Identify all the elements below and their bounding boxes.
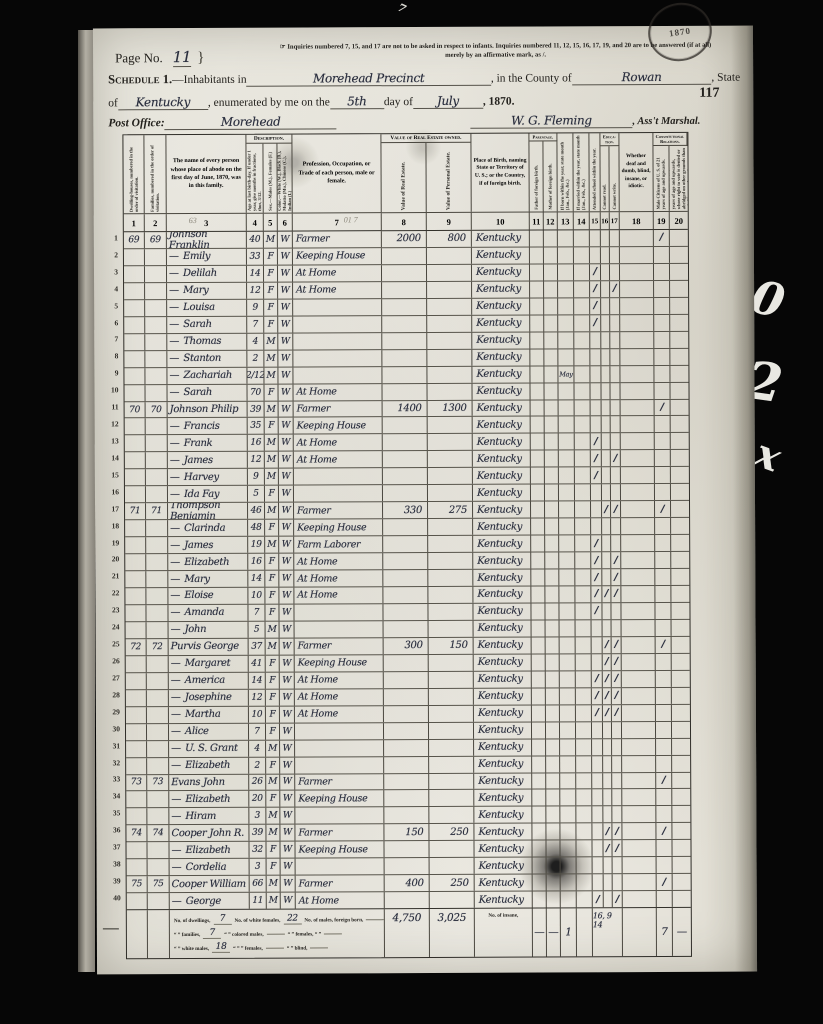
cell-mother-foreign xyxy=(544,383,558,399)
cell-personal-estate xyxy=(428,519,473,535)
cell-occupation: At Home xyxy=(294,435,383,451)
cell-sex: F xyxy=(266,842,280,858)
col-num: 7 xyxy=(293,213,382,230)
cell-family-number: 69 xyxy=(145,232,167,248)
totals-father-foreign: — xyxy=(533,908,547,956)
cell-male-citizen xyxy=(655,603,671,619)
row-number: 18 xyxy=(101,517,121,534)
ditto-dash: — xyxy=(171,675,185,686)
cell-personal-estate xyxy=(427,316,472,332)
cell-mother-foreign xyxy=(546,824,560,840)
cell-sex: F xyxy=(265,571,279,587)
cell-dwelling-number xyxy=(127,893,148,909)
marshal-signature: W. G. Fleming xyxy=(470,113,632,129)
cell-cannot-read xyxy=(603,739,612,755)
cell-attended-school: / xyxy=(591,603,602,619)
cell-mother-foreign xyxy=(544,315,558,331)
cell-born-month xyxy=(558,383,574,399)
cell-deaf-dumb xyxy=(621,552,655,568)
cell-sex: M xyxy=(266,622,280,638)
cell-personal-estate xyxy=(429,807,474,823)
cell-cannot-read xyxy=(603,756,612,772)
cell-attended-school: / xyxy=(592,688,603,704)
col19-header: Male Citizens of U. S. of 21 years of ag… xyxy=(656,146,667,210)
cell-born-month xyxy=(559,451,575,467)
cell-occupation xyxy=(295,723,384,739)
cell-real-estate xyxy=(382,316,427,332)
cell-married-month xyxy=(576,841,592,857)
cell-cannot-write xyxy=(611,467,621,483)
cell-occupation: At Home xyxy=(295,706,384,722)
cell-married-month xyxy=(576,654,592,670)
ditto-dash: — xyxy=(171,624,185,635)
row-number: 12 xyxy=(101,415,121,432)
cell-cannot-write xyxy=(612,722,622,738)
cell-age: 14 xyxy=(249,672,266,688)
cell-color: W xyxy=(278,350,293,366)
cell-cannot-write: / xyxy=(612,688,622,704)
row-number: 15 xyxy=(101,466,121,483)
ditto-dash: — xyxy=(170,540,184,551)
cell-attended-school xyxy=(593,874,604,890)
cell-dwelling-number xyxy=(124,334,145,350)
cell-attended-school xyxy=(590,247,601,263)
cell-male-citizen xyxy=(656,722,672,738)
cell-born-month xyxy=(559,536,575,552)
cell-vote-denied xyxy=(672,705,690,721)
cell-age: 12 xyxy=(247,283,264,299)
cell-name: Cooper William xyxy=(170,876,250,892)
post-office-label: Post Office: xyxy=(108,117,164,129)
col11-header: Father of foreign birth. xyxy=(533,142,538,211)
cell-married-month xyxy=(574,349,590,365)
cell-vote-denied xyxy=(671,518,689,534)
cell-attended-school xyxy=(591,518,602,534)
cell-father-foreign xyxy=(532,654,546,670)
row-number: 32 xyxy=(102,754,122,771)
cell-occupation: At Home xyxy=(296,892,385,908)
cell-family-number xyxy=(147,656,169,672)
cell-father-foreign xyxy=(530,264,544,280)
cell-sex: F xyxy=(266,672,280,688)
totals-males-foreign-value xyxy=(366,919,384,920)
cell-male-citizen: / xyxy=(654,230,670,246)
totals-citizens-denied: — xyxy=(673,908,691,956)
row-number: 3 xyxy=(100,263,120,280)
cell-male-citizen xyxy=(654,332,670,348)
cell-name: —Ida Fay xyxy=(168,486,248,502)
totals-row: No. of dwellings, 7 No. of white females… xyxy=(127,907,691,958)
cell-birthplace: Kentucky xyxy=(473,536,531,552)
constitutional-group-label: Constitutional Relations. xyxy=(653,133,687,146)
cell-personal-estate xyxy=(429,790,474,806)
description-group: Description. Age at last birth-day. If u… xyxy=(246,135,292,213)
cell-mother-foreign xyxy=(545,586,559,602)
cell-attended-school xyxy=(592,807,603,823)
cell-occupation: At Home xyxy=(294,452,383,468)
county-label: , in the County of xyxy=(491,72,572,84)
cell-married-month xyxy=(576,739,592,755)
col-num: 16 xyxy=(601,212,610,229)
cell-age: 16 xyxy=(248,435,265,451)
cell-born-month xyxy=(560,705,576,721)
cell-father-foreign xyxy=(531,485,545,501)
totals-families-value: 7 xyxy=(203,927,221,938)
cell-occupation: At Home xyxy=(294,553,383,569)
cell-born-month xyxy=(560,654,576,670)
cell-personal-estate xyxy=(429,773,474,789)
cell-vote-denied xyxy=(671,399,689,415)
cell-real-estate xyxy=(383,485,428,501)
row-number: 19 xyxy=(101,534,121,551)
cell-color: W xyxy=(280,689,295,705)
cell-color: W xyxy=(279,469,294,485)
row-number: 26 xyxy=(102,652,122,669)
cell-vote-denied xyxy=(670,332,688,348)
cell-birthplace: Kentucky xyxy=(472,281,530,297)
cell-father-foreign xyxy=(532,637,546,653)
schedule-label: Schedule 1. xyxy=(108,72,172,87)
cell-married-month xyxy=(577,874,593,890)
cell-cannot-write: / xyxy=(613,891,623,907)
cell-real-estate xyxy=(382,367,427,383)
cell-attended-school xyxy=(590,230,601,246)
cell-name: —Frank xyxy=(168,435,248,451)
col17-header: Cannot write. xyxy=(611,146,616,210)
ditto-dash: — xyxy=(171,709,185,720)
cell-dwelling-number xyxy=(126,741,147,757)
cell-age: 48 xyxy=(248,520,265,536)
cell-vote-denied xyxy=(672,637,690,653)
cell-cannot-read xyxy=(601,366,610,382)
cell-born-month xyxy=(558,315,574,331)
ditto-dash: — xyxy=(171,658,185,669)
cell-family-number xyxy=(147,758,169,774)
cell-born-month xyxy=(559,468,575,484)
cell-color: W xyxy=(280,706,295,722)
cell-birthplace: Kentucky xyxy=(473,604,531,620)
cell-father-foreign xyxy=(530,366,544,382)
cell-real-estate xyxy=(384,790,429,806)
cell-real-estate xyxy=(384,621,429,637)
cell-attended-school xyxy=(590,366,601,382)
cell-married-month xyxy=(575,603,591,619)
cell-birthplace: Kentucky xyxy=(472,349,530,365)
cell-real-estate xyxy=(384,757,429,773)
cell-attended-school: / xyxy=(591,569,602,585)
cell-mother-foreign xyxy=(546,807,560,823)
cell-cannot-read xyxy=(602,603,611,619)
totals-females-foreign-label: “ ” females, “ ” xyxy=(288,931,322,937)
cell-married-month xyxy=(574,366,590,382)
cell-family-number xyxy=(145,283,167,299)
cell-age: 14 xyxy=(247,266,264,282)
cell-family-number xyxy=(147,792,169,808)
cell-dwelling-number xyxy=(126,724,147,740)
ditto-dash: — xyxy=(171,692,185,703)
cell-color: W xyxy=(279,520,294,536)
cell-occupation xyxy=(293,316,382,332)
cell-deaf-dumb xyxy=(621,535,655,551)
cell-cannot-read xyxy=(602,400,611,416)
cell-vote-denied xyxy=(671,450,689,466)
table-header: Dwelling-houses, numbered in the order o… xyxy=(123,133,687,214)
cell-mother-foreign xyxy=(545,451,559,467)
col-num: 5 xyxy=(264,214,278,231)
totals-insane-label: No. of insane, xyxy=(475,909,533,957)
row-number: 20 xyxy=(101,551,121,568)
cell-father-foreign xyxy=(531,570,545,586)
cell-cannot-read: / xyxy=(603,654,612,670)
cell-occupation xyxy=(294,485,383,501)
col13-header: If born within the year, state month (Ja… xyxy=(560,134,571,211)
cell-family-number xyxy=(147,842,169,858)
cell-color: W xyxy=(278,265,293,281)
cell-birthplace: Kentucky xyxy=(473,519,531,535)
col-num: 2 xyxy=(145,214,167,231)
col20-header: Male Citizens of U. S. of 21 years of ag… xyxy=(669,146,687,211)
cell-age: 7 xyxy=(249,723,266,739)
cell-married-month xyxy=(574,332,590,348)
cell-family-number xyxy=(146,486,168,502)
cell-personal-estate xyxy=(428,485,473,501)
cell-age: 32 xyxy=(249,842,266,858)
cell-birthplace: Kentucky xyxy=(474,773,532,789)
cell-cannot-read xyxy=(601,298,610,314)
cell-male-citizen: / xyxy=(655,399,671,415)
ditto-dash: — xyxy=(170,472,184,483)
cell-born-month xyxy=(560,637,576,653)
cell-male-citizen xyxy=(656,654,672,670)
cell-personal-estate xyxy=(429,621,474,637)
cell-age: 10 xyxy=(249,706,266,722)
cell-vote-denied xyxy=(672,823,690,839)
totals-white-females-value: 22 xyxy=(283,913,301,924)
cell-dwelling-number: 74 xyxy=(126,826,147,842)
cell-family-number xyxy=(146,605,168,621)
cell-real-estate xyxy=(383,587,428,603)
cell-mother-foreign xyxy=(546,841,560,857)
cell-vote-denied xyxy=(673,891,691,907)
cell-married-month xyxy=(575,535,591,551)
cell-male-citizen xyxy=(654,349,670,365)
cell-family-number xyxy=(147,809,169,825)
cell-cannot-write: / xyxy=(612,840,622,856)
cell-cannot-write xyxy=(611,434,621,450)
cell-cannot-read xyxy=(602,417,611,433)
cell-cannot-write xyxy=(611,535,621,551)
cell-cannot-read: / xyxy=(603,637,612,653)
col2-header: Families, numbered in the order of visit… xyxy=(150,136,161,213)
cell-birthplace: Kentucky xyxy=(472,315,530,331)
description-group-label: Description. xyxy=(246,135,292,144)
cell-real-estate xyxy=(384,773,429,789)
cell-vote-denied xyxy=(670,315,688,331)
cell-dwelling-number xyxy=(126,792,147,808)
cell-real-estate: 400 xyxy=(385,875,430,891)
parentage-group: Parentage. Father of foreign birth. Moth… xyxy=(529,133,557,211)
cell-age: 33 xyxy=(247,249,264,265)
cell-vote-denied xyxy=(670,230,688,246)
cell-dwelling-number xyxy=(124,368,145,384)
cell-sex: F xyxy=(265,605,279,621)
cell-family-number xyxy=(146,520,168,536)
row-number: 36 xyxy=(102,822,122,839)
cell-dwelling-number xyxy=(126,673,147,689)
cell-age: 3 xyxy=(249,808,266,824)
cell-cannot-read xyxy=(601,332,610,348)
cell-occupation: Farmer xyxy=(294,502,383,518)
cell-birthplace: Kentucky xyxy=(472,366,530,382)
cell-color: W xyxy=(280,621,295,637)
cell-mother-foreign xyxy=(546,620,560,636)
post-office-value: Morehead xyxy=(165,114,337,130)
col-num: 1 xyxy=(124,214,145,231)
cell-deaf-dumb xyxy=(622,772,656,788)
cell-father-foreign xyxy=(530,349,544,365)
cell-dwelling-number xyxy=(126,758,147,774)
totals-colored-males-label: “ ” colored males, xyxy=(224,931,263,937)
cell-deaf-dumb xyxy=(620,315,654,331)
cell-personal-estate xyxy=(429,655,474,671)
cell-father-foreign xyxy=(531,536,545,552)
cell-age: 35 xyxy=(248,418,265,434)
cell-color: W xyxy=(280,638,295,654)
cell-deaf-dumb xyxy=(620,298,654,314)
cell-married-month xyxy=(575,502,591,518)
cell-name: —Mary xyxy=(168,571,248,587)
cell-sex: M xyxy=(266,774,280,790)
cell-color: W xyxy=(280,808,295,824)
gutter-dash-mark xyxy=(103,928,119,929)
cell-attended-school xyxy=(591,485,602,501)
cell-cannot-write: / xyxy=(612,654,622,670)
cell-personal-estate xyxy=(428,570,473,586)
cell-real-estate xyxy=(384,723,429,739)
cell-cannot-write: / xyxy=(611,451,621,467)
cell-occupation xyxy=(294,604,383,620)
cell-age: 5 xyxy=(248,486,265,502)
cell-dwelling-number: 75 xyxy=(127,876,148,892)
cell-cannot-write xyxy=(612,773,622,789)
cell-mother-foreign xyxy=(544,230,558,246)
marshal-label: , Ass't Marshal. xyxy=(632,116,700,127)
cell-cannot-write: / xyxy=(612,705,622,721)
cell-cannot-write xyxy=(612,807,622,823)
month-value: July xyxy=(413,94,483,109)
cell-vote-denied xyxy=(672,789,690,805)
ditto-dash: — xyxy=(172,862,186,873)
cell-cannot-write: / xyxy=(611,586,621,602)
table-row: —George 11 M W At Home Kentucky / / xyxy=(127,891,691,909)
cell-attended-school xyxy=(590,349,601,365)
cell-deaf-dumb xyxy=(623,874,657,890)
cell-cannot-write xyxy=(612,739,622,755)
row-number: 13 xyxy=(101,432,121,449)
cell-dwelling-number xyxy=(124,300,145,316)
cell-family-number: 71 xyxy=(146,503,168,519)
cell-dwelling-number xyxy=(126,707,147,723)
row-number: 21 xyxy=(101,568,121,585)
cell-birthplace: Kentucky xyxy=(473,434,531,450)
cell-sex: F xyxy=(264,282,278,298)
cell-married-month xyxy=(575,451,591,467)
totals-real-estate: 4,750 xyxy=(385,909,430,957)
cell-occupation: Farmer xyxy=(295,774,384,790)
cell-deaf-dumb xyxy=(620,349,654,365)
cell-family-number xyxy=(146,588,168,604)
totals-white-females-label: No. of white females, xyxy=(234,917,280,923)
cell-male-citizen xyxy=(654,247,670,263)
cell-real-estate xyxy=(383,417,428,433)
cell-born-month xyxy=(561,875,577,891)
row-number: 7 xyxy=(100,331,120,348)
row-number: 4 xyxy=(100,280,120,297)
cell-real-estate xyxy=(383,451,428,467)
cell-male-citizen xyxy=(655,552,671,568)
cell-deaf-dumb xyxy=(621,400,655,416)
cell-sex: F xyxy=(265,418,279,434)
cell-deaf-dumb xyxy=(622,789,656,805)
cell-vote-denied xyxy=(671,569,689,585)
cell-mother-foreign xyxy=(546,688,560,704)
microfilm-frame: 7 0 2 x Page No.11} ☞ Inquiries numbered… xyxy=(0,0,823,1024)
cell-father-foreign xyxy=(532,739,546,755)
cell-name: Johnson Franklin xyxy=(167,232,247,248)
cell-personal-estate xyxy=(428,417,473,433)
cell-vote-denied xyxy=(672,772,690,788)
col4-header: Age at last birth-day. If under 1 year, … xyxy=(247,144,263,212)
cell-vote-denied xyxy=(673,874,691,890)
cell-male-citizen xyxy=(655,535,671,551)
cell-name: —George xyxy=(170,893,250,909)
row-number: 28 xyxy=(102,686,122,703)
cell-deaf-dumb xyxy=(622,654,656,670)
totals-males-foreign-label: No. of males, foreign born, xyxy=(304,917,363,923)
cell-male-citizen xyxy=(655,467,671,483)
cell-sex: F xyxy=(267,859,281,875)
cell-color: W xyxy=(281,859,296,875)
cell-personal-estate xyxy=(429,739,474,755)
cell-birthplace: Kentucky xyxy=(472,383,530,399)
cell-deaf-dumb xyxy=(622,722,656,738)
cell-personal-estate xyxy=(428,604,473,620)
ditto-dash: — xyxy=(170,574,184,585)
cell-born-month xyxy=(559,485,575,501)
cell-cannot-write: / xyxy=(611,569,621,585)
row-number: 1 xyxy=(100,229,120,246)
cell-birthplace: Kentucky xyxy=(473,417,531,433)
cell-cannot-read xyxy=(602,569,611,585)
col14-header: If married within the year, state month … xyxy=(576,134,587,211)
cell-born-month xyxy=(560,773,576,789)
cell-real-estate xyxy=(383,570,428,586)
day-of-label: day of xyxy=(384,96,413,108)
cell-attended-school xyxy=(592,654,603,670)
cell-cannot-write xyxy=(610,298,620,314)
cell-married-month xyxy=(575,400,591,416)
cell-deaf-dumb xyxy=(622,637,656,653)
cell-dwelling-number xyxy=(126,809,147,825)
cell-vote-denied xyxy=(672,620,690,636)
value-group-label: Value of Real Estate owned. xyxy=(381,134,471,143)
col-num: 10 xyxy=(472,213,530,230)
cell-vote-denied xyxy=(671,433,689,449)
cell-sex: F xyxy=(266,706,280,722)
cell-father-foreign xyxy=(532,705,546,721)
col9-header: Value of Personal Estate. xyxy=(445,143,452,211)
totals-education: 16, 9 14 xyxy=(593,908,623,956)
